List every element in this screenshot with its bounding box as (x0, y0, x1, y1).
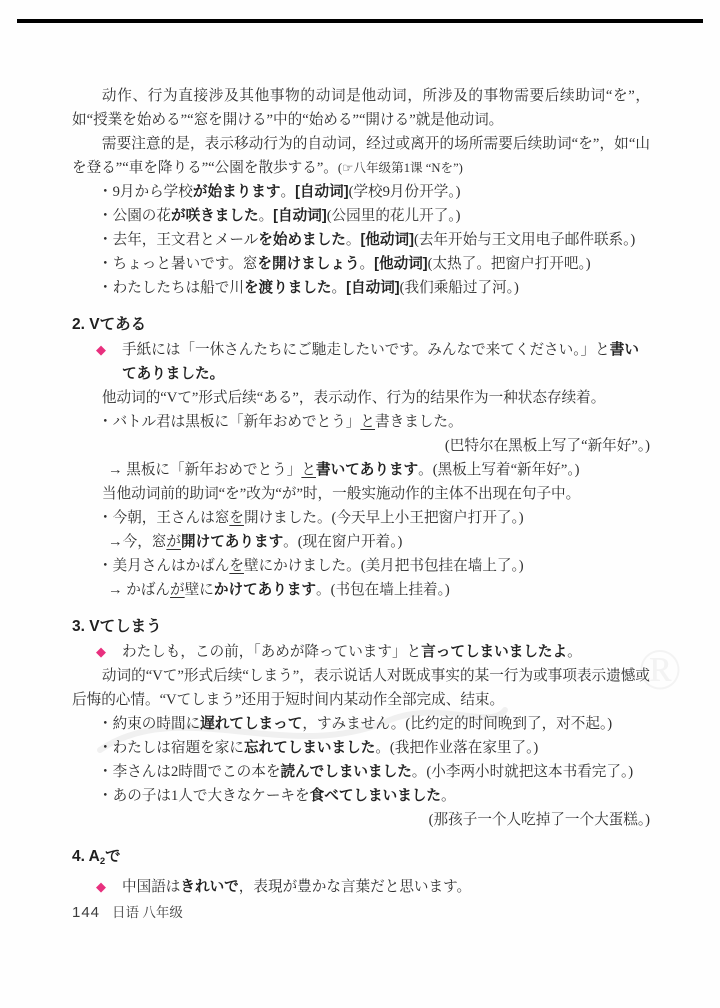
footer: 144日语 八年级 (72, 901, 183, 922)
example-item: ・去年，王文君とメールを始めました。[他动词](去年开始与王文用电子邮件联系。) (72, 228, 650, 252)
text-run: 。(黑板上写着“新年好”。) (418, 462, 579, 478)
text-run: かけてあります (214, 582, 316, 598)
text-run: 開けました。(今天早上小王把窗户打开了。) (244, 510, 524, 526)
text-run: を (229, 558, 244, 574)
text-run: (太热了。把窗户打开吧。) (428, 256, 591, 272)
text-run: 。 (441, 788, 456, 804)
paragraph: 他动词的“Vて”形式后续“ある”，表示动作、行为的结果作为一种状态存续着。 (72, 386, 650, 410)
text-run: と (301, 462, 316, 478)
text-run: ・去年，王文君とメール (98, 232, 258, 248)
text-run: 动作、行为直接涉及其他事物的动词是他动词，所涉及的事物需要后续助词“を”，如“授… (72, 88, 650, 128)
text-run: → かばん (108, 582, 170, 598)
text-run: 壁にかけました。(美月把书包挂在墙上了。) (244, 558, 524, 574)
text-run: 4. A (72, 848, 100, 865)
text-run: 。(书包在墙上挂着。) (316, 582, 450, 598)
diamond-bullet-icon: ◆ (96, 876, 106, 900)
text-run: きれいで (180, 879, 238, 895)
text-run: 。 (567, 644, 582, 660)
text-run: [自动词] (346, 280, 400, 296)
text-run: ・バトル君は黒板に「新年おめでとう」 (98, 414, 360, 430)
result-form-line: → 黒板に「新年おめでとう」と書いてあります。(黑板上写着“新年好”。) (72, 458, 650, 482)
text-run: [自动词] (295, 184, 349, 200)
text-run: 遅れてしまって (200, 716, 302, 732)
diamond-bullet-icon: ◆ (96, 339, 106, 363)
text-run: ，すみません。(比约定的时间晚到了，对不起。) (302, 716, 612, 732)
text-run: 。(小李两小时就把这本书看完了。) (412, 764, 633, 780)
text-run: 。(现在窗户开着。) (283, 534, 402, 550)
paragraph: 当他动词前的助词“を”改为“が”时，一般实施动作的主体不出现在句子中。 (72, 482, 650, 506)
text-run: を開けましょう (257, 256, 359, 272)
paragraph: 需要注意的是，表示移动行为的自动词，经过或离开的场所需要后续助词“を”，如“山を… (72, 132, 650, 180)
text-run: 动词的“Vて”形式后续“しまう”，表示说话人对既成事实的某一行为或事项表示遗憾或… (72, 668, 650, 708)
page-content: 动作、行为直接涉及其他事物的动词是他动词，所涉及的事物需要后续助词“を”，如“授… (72, 84, 650, 899)
example-item: ・約束の時間に遅れてしまって，すみません。(比约定的时间晚到了，对不起。) (72, 712, 650, 736)
example-item: ・わたしは宿題を家に忘れてしまいました。(我把作业落在家里了。) (72, 736, 650, 760)
result-form-line: →今，窓が開けてあります。(现在窗户开着。) (72, 530, 650, 554)
text-run: ・わたしは宿題を家に (98, 740, 244, 756)
text-run: ，表現が豊かな言葉だと思います。 (239, 879, 471, 895)
text-run: 。(我把作业落在家里了。) (375, 740, 538, 756)
example-item: ・バトル君は黒板に「新年おめでとう」と書きました。 (72, 410, 650, 434)
text-run: 。 (332, 280, 347, 296)
text-run: ・今朝，王さんは窓 (98, 510, 229, 526)
example-item: ・わたしたちは船で川を渡りました。[自动词](我们乘船过了河。) (72, 276, 650, 300)
example-item: ・李さんは2時間でこの本を読んでしまいました。(小李两小时就把这本书看完了。) (72, 760, 650, 784)
text-run: (☞八年级第1课 “Nを”) (338, 161, 463, 175)
text-run: (巴特尔在黑板上写了“新年好”。) (445, 438, 650, 454)
text-run: 。 (259, 208, 274, 224)
text-run: で (105, 848, 121, 865)
text-run: ・公園の花 (98, 208, 171, 224)
example-item: ・ちょっと暑いです。窓を開けましょう。[他动词](太热了。把窗户打开吧。) (72, 252, 650, 276)
translation-line: (巴特尔在黑板上写了“新年好”。) (72, 434, 650, 458)
text-run: (公园里的花儿开了。) (327, 208, 461, 224)
text-run: ・わたしたちは船で川 (98, 280, 244, 296)
key-sentence: ◆手紙には「一休さんたちにご馳走したいです。みんなで来てください。」と書いてあり… (72, 338, 650, 386)
text-run: 食べてしまいました (310, 788, 441, 804)
book-title: 日语 八年级 (112, 905, 183, 920)
text-run: 書いてあります (316, 462, 418, 478)
example-item: ・公園の花が咲きました。[自动词](公园里的花儿开了。) (72, 204, 650, 228)
section-heading: 2. Vてある (72, 314, 650, 336)
example-item: ・9月から学校が始まります。[自动词](学校9月份开学。) (72, 180, 650, 204)
text-run: 手紙には「一休さんたちにご馳走したいです。みんなで来てください。」と (122, 342, 610, 358)
translation-line: (那孩子一个人吃掉了一个大蛋糕。) (72, 808, 650, 832)
text-run: →今，窓 (108, 534, 166, 550)
top-rule (17, 19, 703, 23)
text-run: 中国語は (122, 879, 180, 895)
text-run: ・李さんは2時間でこの本を (98, 764, 280, 780)
text-run: 言ってしまいましたよ (421, 644, 567, 660)
text-run: 開けてあります (181, 534, 283, 550)
text-run: 書きました。 (375, 414, 463, 430)
text-run: [他动词] (374, 256, 428, 272)
text-run: わたしも，この前，「あめが降っています」と (122, 644, 421, 660)
text-run: (我们乘船过了河。) (400, 280, 519, 296)
text-run: ・9月から学校 (98, 184, 193, 200)
text-run: と (360, 414, 375, 430)
text-run: ・約束の時間に (98, 716, 200, 732)
text-run: が咲きました (171, 208, 259, 224)
text-run: 。 (360, 256, 375, 272)
example-item: ・美月さんはかばんを壁にかけました。(美月把书包挂在墙上了。) (72, 554, 650, 578)
text-run: [他动词] (360, 232, 414, 248)
text-run: 2. Vてある (72, 316, 146, 333)
text-run: を始めました (258, 232, 346, 248)
text-run: 読んでしまいました (280, 764, 411, 780)
example-item: ・あの子は1人で大きなケーキを食べてしまいました。 (72, 784, 650, 808)
key-sentence: ◆わたしも，この前，「あめが降っています」と言ってしまいましたよ。 (72, 640, 650, 664)
text-run: 。 (346, 232, 361, 248)
key-sentence: ◆中国語はきれいで，表現が豊かな言葉だと思います。 (72, 875, 650, 899)
text-run: が (166, 534, 181, 550)
diamond-bullet-icon: ◆ (96, 641, 106, 665)
section-heading: 3. Vてしまう (72, 616, 650, 638)
text-run: 他动词的“Vて”形式后续“ある”，表示动作、行为的结果作为一种状态存续着。 (102, 390, 605, 406)
page-number: 144 (72, 904, 100, 921)
text-run: を渡りました (244, 280, 332, 296)
text-run: が (170, 582, 185, 598)
text-run: を (229, 510, 244, 526)
text-run: が始まります (193, 184, 281, 200)
result-form-line: → かばんが壁にかけてあります。(书包在墙上挂着。) (72, 578, 650, 602)
text-run: 。 (280, 184, 295, 200)
text-run: (那孩子一个人吃掉了一个大蛋糕。) (429, 812, 650, 828)
text-run: 当他动词前的助词“を”改为“が”时，一般实施动作的主体不出现在句子中。 (102, 486, 580, 502)
paragraph: 动作、行为直接涉及其他事物的动词是他动词，所涉及的事物需要后续助词“を”，如“授… (72, 84, 650, 132)
text-run: [自动词] (273, 208, 327, 224)
text-run: (去年开始与王文用电子邮件联系。) (414, 232, 635, 248)
example-item: ・今朝，王さんは窓を開けました。(今天早上小王把窗户打开了。) (72, 506, 650, 530)
text-run: ・ちょっと暑いです。窓 (98, 256, 257, 272)
text-run: ・あの子は1人で大きなケーキを (98, 788, 310, 804)
text-run: ・美月さんはかばん (98, 558, 229, 574)
text-run: → 黒板に「新年おめでとう」 (108, 462, 301, 478)
section-heading: 4. A2で (72, 846, 650, 873)
text-run: 忘れてしまいました (244, 740, 375, 756)
text-run: 壁に (185, 582, 214, 598)
text-run: (学校9月份开学。) (349, 184, 461, 200)
text-run: 3. Vてしまう (72, 618, 162, 635)
paragraph: 动词的“Vて”形式后续“しまう”，表示说话人对既成事实的某一行为或事项表示遗憾或… (72, 664, 650, 712)
